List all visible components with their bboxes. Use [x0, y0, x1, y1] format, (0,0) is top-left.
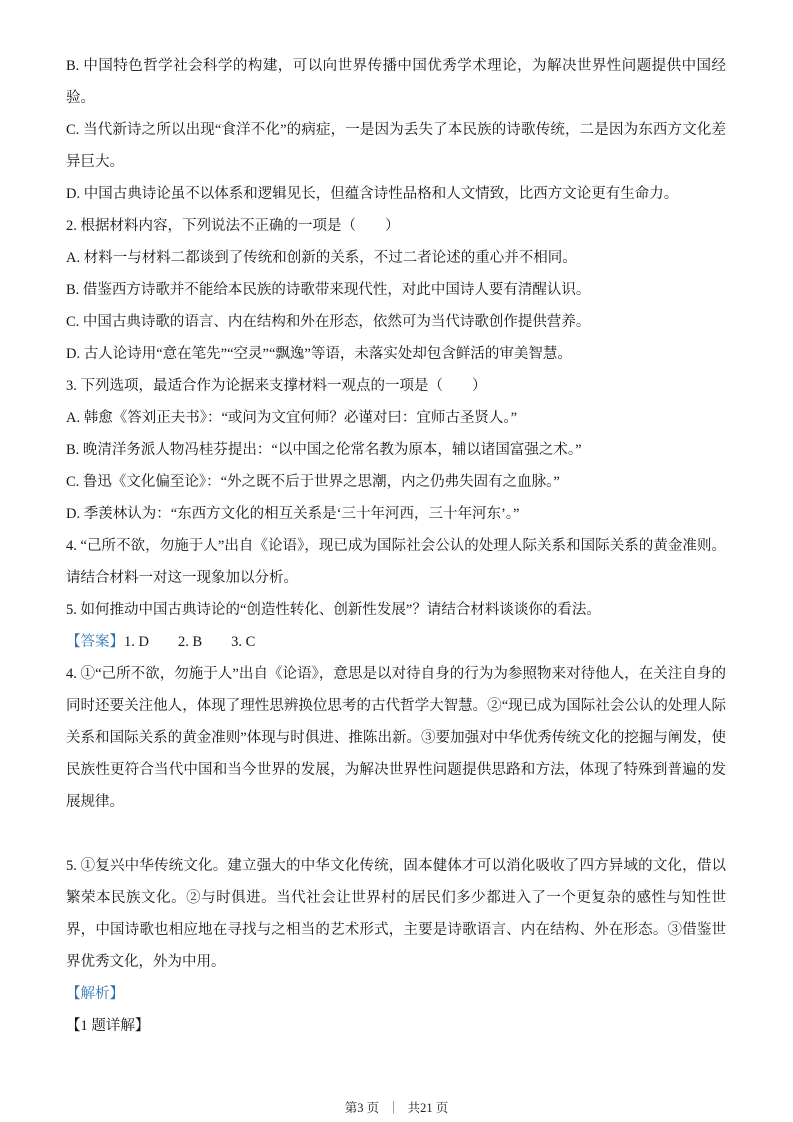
question-4: 4. “己所不欲，勿施于人”出自《论语》，现已成为国际社会公认的处理人际关系和国… [66, 530, 726, 594]
q3-option-d: D. 季羡林认为：“东西方文化的相互关系是‘三十年河西，三十年河东’。” [66, 498, 726, 530]
page-footer: 第3 页｜共21 页 [0, 1098, 793, 1116]
q1-option-c: C. 当代新诗之所以出现“食洋不化”的病症，一是因为丢失了本民族的诗歌传统，二是… [66, 114, 726, 178]
q2-option-d: D. 古人论诗用“意在笔先”“空灵”“飘逸”等语，未落实处却包含鲜活的审美智慧。 [66, 338, 726, 370]
question-5: 5. 如何推动中国古典诗论的“创造性转化、创新性发展”？请结合材料谈谈你的看法。 [66, 594, 726, 626]
q3-option-c: C. 鲁迅《文化偏至论》：“外之既不后于世界之思潮，内之仍弗失固有之血脉。” [66, 466, 726, 498]
explanation-answer-4: 4. ①“己所不欲，勿施于人”出自《论语》，意思是以对待自身的行为为参照物来对待… [66, 658, 726, 818]
answer-key-values: 1. D 2. B 3. C [124, 634, 255, 650]
q3-option-b: B. 晚清洋务派人物冯桂芬提出：“以中国之伦常名教为原本，辅以诸国富强之术。” [66, 434, 726, 466]
explanation-answer-5: 5. ①复兴中华传统文化。建立强大的中华文化传统，固本健体才可以消化吸收了四方异… [66, 850, 726, 978]
analysis-heading: 【解析】 [66, 978, 726, 1010]
footer-current-page: 第3 页 [345, 1101, 379, 1115]
document-page: B. 中国特色哲学社会科学的构建，可以向世界传播中国优秀学术理论，为解决世界性问… [0, 0, 793, 1122]
document-content: B. 中国特色哲学社会科学的构建，可以向世界传播中国优秀学术理论，为解决世界性问… [66, 50, 726, 1042]
question-1-detail-heading: 【1 题详解】 [66, 1010, 726, 1042]
question-2-stem: 2. 根据材料内容，下列说法不正确的一项是（ ） [66, 210, 726, 242]
question-3-stem: 3. 下列选项，最适合作为论据来支撑材料一观点的一项是（ ） [66, 370, 726, 402]
q3-option-a: A. 韩愈《答刘正夫书》：“或问为文宜何师？必谨对曰：宜师古圣贤人。” [66, 402, 726, 434]
answer-key-label: 【答案】 [66, 634, 124, 650]
q2-option-b: B. 借鉴西方诗歌并不能给本民族的诗歌带来现代性，对此中国诗人要有清醒认识。 [66, 274, 726, 306]
answer-key-line: 【答案】1. D 2. B 3. C [66, 626, 726, 658]
paragraph-gap [66, 818, 726, 850]
q1-option-d: D. 中国古典诗论虽不以体系和逻辑见长，但蕴含诗性品格和人文情致，比西方文论更有… [66, 178, 726, 210]
q2-option-c: C. 中国古典诗歌的语言、内在结构和外在形态，依然可为当代诗歌创作提供营养。 [66, 306, 726, 338]
footer-total-pages: 共21 页 [408, 1101, 449, 1115]
analysis-label: 【解析】 [66, 986, 124, 1002]
q1-option-b: B. 中国特色哲学社会科学的构建，可以向世界传播中国优秀学术理论，为解决世界性问… [66, 50, 726, 114]
q2-option-a: A. 材料一与材料二都谈到了传统和创新的关系，不过二者论述的重心并不相同。 [66, 242, 726, 274]
footer-separator: ｜ [387, 1098, 400, 1116]
